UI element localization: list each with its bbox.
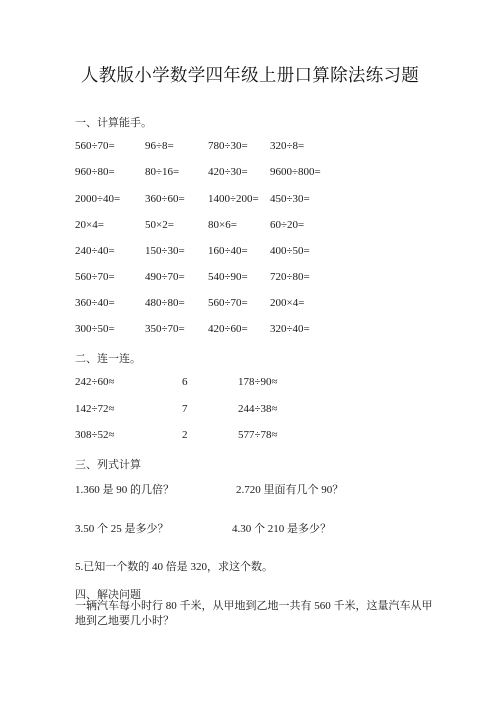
expression-cell: 60÷20= (270, 219, 304, 231)
question-4: 4.30 个 210 是多少？ (232, 520, 331, 536)
expression-cell: 350÷70= (145, 323, 185, 335)
right-expression: 178÷90≈ (238, 376, 278, 388)
right-expression: 577÷78≈ (238, 429, 278, 441)
section1-heading: 一、计算能手。 (75, 114, 152, 130)
question-1: 1.360 是 90 的几倍？ (75, 481, 174, 497)
expression-cell: 50×2= (145, 219, 174, 231)
left-expression: 308÷52≈ (75, 429, 115, 441)
expression-cell: 560÷70= (75, 140, 115, 152)
expression-cell: 320÷40= (270, 323, 310, 335)
question-2: 2.720 里面有几个 90？ (236, 481, 343, 497)
expression-cell: 360÷40= (75, 297, 115, 309)
answer-option: 7 (182, 403, 188, 415)
expression-cell: 480÷80= (145, 297, 185, 309)
expression-cell: 360÷60= (145, 193, 185, 205)
answer-option: 2 (182, 429, 188, 441)
expression-cell: 420÷30= (208, 166, 248, 178)
expression-cell: 200×4= (270, 297, 304, 309)
expression-cell: 2000÷40= (75, 193, 120, 205)
expression-cell: 9600÷800= (270, 166, 321, 178)
page-title: 人教版小学数学四年级上册口算除法练习题 (0, 62, 500, 87)
expression-cell: 320÷8= (270, 140, 304, 152)
left-expression: 242÷60≈ (75, 376, 115, 388)
expression-cell: 450÷30= (270, 193, 310, 205)
right-expression: 244÷38≈ (238, 403, 278, 415)
question-5: 5.已知一个数的 40 倍是 320，求这个数。 (75, 558, 273, 574)
expression-cell: 720÷80= (270, 271, 310, 283)
expression-cell: 80×6= (208, 219, 237, 231)
question-3: 3.50 个 25 是多少？ (75, 520, 169, 536)
expression-cell: 540÷90= (208, 271, 248, 283)
section2-heading: 二、连一连。 (75, 350, 141, 366)
expression-cell: 150÷30= (145, 245, 185, 257)
expression-cell: 560÷70= (75, 271, 115, 283)
expression-cell: 160÷40= (208, 245, 248, 257)
expression-cell: 240÷40= (75, 245, 115, 257)
expression-cell: 300÷50= (75, 323, 115, 335)
expression-cell: 560÷70= (208, 297, 248, 309)
expression-cell: 96÷8= (145, 140, 174, 152)
expression-cell: 80÷16= (145, 166, 179, 178)
left-expression: 142÷72≈ (75, 403, 115, 415)
expression-cell: 400÷50= (270, 245, 310, 257)
expression-cell: 490÷70= (145, 271, 185, 283)
section3-heading: 三、列式计算 (75, 456, 141, 472)
expression-cell: 20×4= (75, 219, 104, 231)
expression-cell: 780÷30= (208, 140, 248, 152)
expression-cell: 420÷60= (208, 323, 248, 335)
expression-cell: 1400÷200= (208, 193, 259, 205)
answer-option: 6 (182, 376, 188, 388)
expression-cell: 960÷80= (75, 166, 115, 178)
word-problem: 一辆汽车每小时行 80 千米，从甲地到乙地一共有 560 千米，这量汽车从甲地到… (75, 599, 435, 629)
